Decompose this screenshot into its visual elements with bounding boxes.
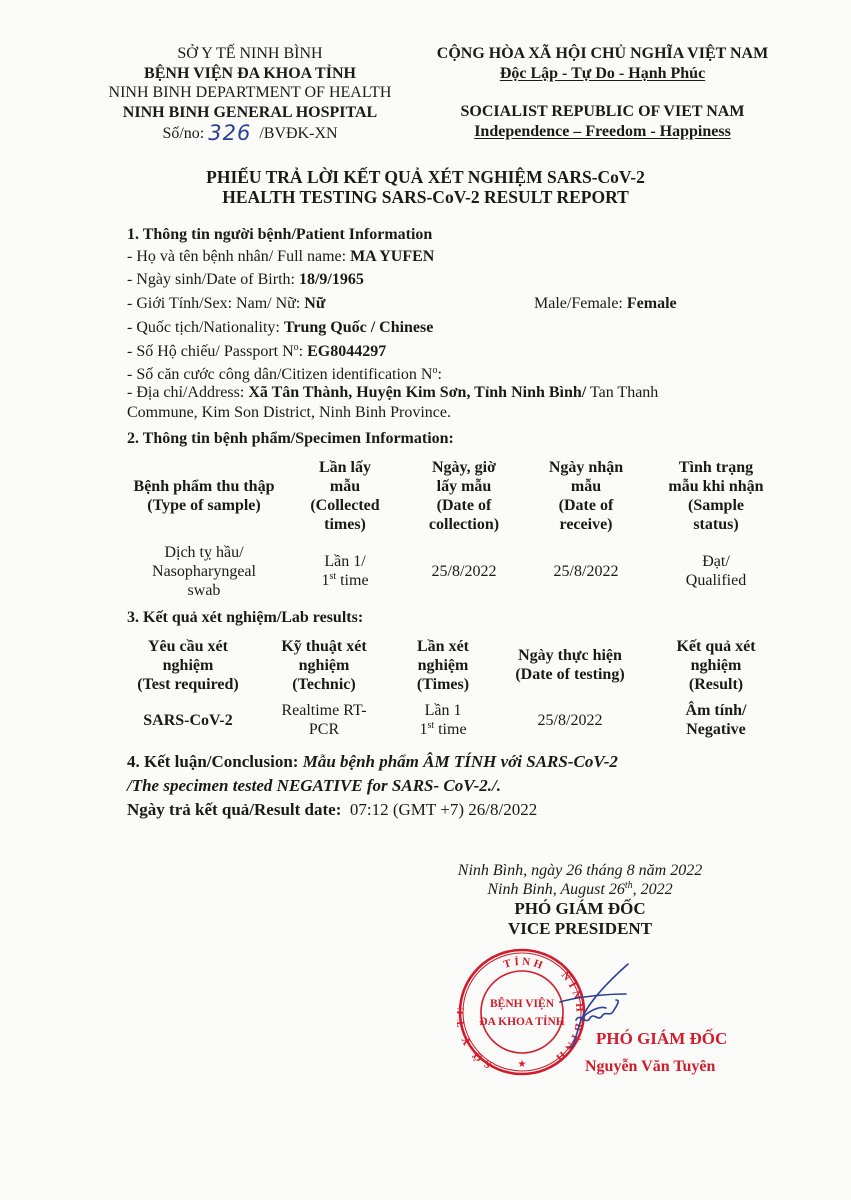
- section-specimen-title: 2. Thông tin bệnh phẩm/Specimen Informat…: [127, 430, 454, 448]
- signer-title-vn: PHÓ GIÁM ĐỐC: [430, 899, 730, 919]
- passport-colon: :: [299, 343, 307, 360]
- passport-value: EG8044297: [307, 343, 386, 360]
- citizen-colon: :: [437, 366, 441, 383]
- patient-nationality-row: - Quốc tịch/Nationality: Trung Quốc / Ch…: [127, 319, 433, 337]
- result-date-row: Ngày trả kết quả/Result date: 07:12 (GMT…: [127, 800, 537, 820]
- name-value: MA YUFEN: [350, 248, 434, 265]
- cell-test-date: 25/8/2022: [496, 698, 644, 742]
- svg-text:★: ★: [518, 1059, 527, 1070]
- lab-header-row: Yêu cầu xétnghiệm(Test required) Kỹ thuậ…: [118, 632, 788, 698]
- name-label: - Họ và tên bệnh nhân/ Full name:: [127, 248, 350, 265]
- cell-technic: Realtime RT-PCR: [258, 698, 390, 742]
- section-patient-title: 1. Thông tin người bệnh/Patient Informat…: [127, 226, 432, 244]
- address-label: - Địa chỉ/Address:: [127, 384, 248, 401]
- conclusion-row: 4. Kết luận/Conclusion: Mẫu bệnh phẩm ÂM…: [127, 752, 618, 772]
- cell-test: SARS-CoV-2: [118, 698, 258, 742]
- conclusion-text-en: /The specimen tested NEGATIVE for SARS- …: [127, 776, 501, 796]
- cell-result: Âm tính/Negative: [644, 698, 788, 742]
- issuer-header: SỞ Y TẾ NINH BÌNH BỆNH VIỆN ĐA KHOA TỈNH…: [90, 44, 410, 144]
- dob-value: 18/9/1965: [299, 271, 364, 288]
- nationality-value: Trung Quốc / Chinese: [284, 319, 434, 336]
- col-result: Kết quả xétnghiệm(Result): [644, 632, 788, 698]
- stamp-signer-title: PHÓ GIÁM ĐỐC: [596, 1029, 727, 1049]
- address-value-en-1: Tan Thanh: [586, 384, 658, 401]
- doc-no-suffix: /BVĐK-XN: [259, 125, 337, 142]
- specimen-table: Bệnh phẩm thu thập(Type of sample) Lần l…: [118, 452, 788, 602]
- conclusion-text-vn: Mẫu bệnh phẩm ÂM TÍNH với SARS-CoV-2: [303, 752, 618, 771]
- col-sample-status: Tình trạngmẫu khi nhận(Samplestatus): [644, 452, 788, 540]
- address-value-en-2: Commune, Kim Son District, Ninh Binh Pro…: [127, 403, 773, 423]
- col-technic: Kỹ thuật xétnghiệm(Technic): [258, 632, 390, 698]
- country-en: SOCIALIST REPUBLIC OF VIET NAM: [425, 102, 780, 122]
- dept-en: NINH BINH DEPARTMENT OF HEALTH: [90, 83, 410, 103]
- col-date-of-collection: Ngày, giờlấy mẫu(Date ofcollection): [400, 452, 528, 540]
- stamp-signer-name: Nguyễn Văn Tuyên: [585, 1058, 715, 1076]
- title-en: HEALTH TESTING SARS-CoV-2 RESULT REPORT: [0, 187, 851, 207]
- cell-receive-date: 25/8/2022: [528, 540, 644, 602]
- col-date-of-testing: Ngày thực hiện(Date of testing): [496, 632, 644, 698]
- section-lab-title: 3. Kết quả xét nghiệm/Lab results:: [127, 609, 363, 627]
- cell-sample-status: Đạt/Qualified: [644, 540, 788, 602]
- patient-sex-en-row: Male/Female: Female: [534, 295, 677, 313]
- col-type-of-sample: Bệnh phẩm thu thập(Type of sample): [118, 452, 290, 540]
- patient-name-row: - Họ và tên bệnh nhân/ Full name: MA YUF…: [127, 248, 434, 266]
- signer-title-en: VICE PRESIDENT: [430, 919, 730, 939]
- sex-en-label: Male/Female:: [534, 295, 627, 312]
- document-title: PHIẾU TRẢ LỜI KẾT QUẢ XÉT NGHIỆM SARS-Co…: [0, 167, 851, 207]
- cell-sample-type: Dịch tỵ hầu/Nasopharyngealswab: [118, 540, 290, 602]
- sex-value-vn: Nữ: [304, 295, 325, 312]
- sex-label: - Giới Tính/Sex: Nam/ Nữ:: [127, 295, 304, 312]
- address-value-vn: Xã Tân Thành, Huyện Kim Sơn, Tỉnh Ninh B…: [248, 384, 586, 401]
- col-times: Lần xétnghiệm(Times): [390, 632, 496, 698]
- motto-vn: Độc Lập - Tự Do - Hạnh Phúc: [500, 65, 705, 82]
- title-vn: PHIẾU TRẢ LỜI KẾT QUẢ XÉT NGHIỆM SARS-Co…: [0, 167, 851, 187]
- patient-sex-row: - Giới Tính/Sex: Nam/ Nữ: Nữ: [127, 295, 325, 313]
- place-date-vn: Ninh Bình, ngày 26 tháng 8 năm 2022: [430, 861, 730, 880]
- cell-collected-times: Lần 1/1st time: [290, 540, 400, 602]
- col-date-of-receive: Ngày nhậnmẫu(Date ofreceive): [528, 452, 644, 540]
- passport-label: - Số Hộ chiếu/ Passport N: [127, 343, 294, 360]
- result-date-label: Ngày trả kết quả/Result date:: [127, 800, 341, 819]
- lab-results-table: Yêu cầu xétnghiệm(Test required) Kỹ thuậ…: [118, 632, 788, 742]
- col-test-required: Yêu cầu xétnghiệm(Test required): [118, 632, 258, 698]
- specimen-header-row: Bệnh phẩm thu thập(Type of sample) Lần l…: [118, 452, 788, 540]
- result-date-value: 07:12 (GMT +7) 26/8/2022: [350, 800, 537, 819]
- motto-en: Independence – Freedom - Happiness: [474, 123, 731, 140]
- place-date-en: Ninh Binh, August 26th, 2022: [430, 880, 730, 899]
- national-header: CỘNG HÒA XÃ HỘI CHỦ NGHĨA VIỆT NAM Độc L…: [425, 44, 780, 142]
- patient-dob-row: - Ngày sinh/Date of Birth: 18/9/1965: [127, 271, 364, 289]
- doc-no-label: Số/no:: [162, 125, 204, 142]
- patient-passport-row: - Số Hộ chiếu/ Passport No: EG8044297: [127, 343, 386, 361]
- dob-label: - Ngày sinh/Date of Birth:: [127, 271, 299, 288]
- conclusion-label: 4. Kết luận/Conclusion:: [127, 752, 303, 771]
- cell-collection-date: 25/8/2022: [400, 540, 528, 602]
- signature-block: Ninh Bình, ngày 26 tháng 8 năm 2022 Ninh…: [430, 861, 730, 939]
- sex-value-en: Female: [627, 295, 677, 312]
- patient-citizen-id-row: - Số căn cước công dân/Citizen identific…: [127, 366, 442, 384]
- hospital-vn: BỆNH VIỆN ĐA KHOA TỈNH: [90, 64, 410, 84]
- doc-no-handwritten: 326: [208, 124, 251, 144]
- cell-times: Lần 11st time: [390, 698, 496, 742]
- table-row: Dịch tỵ hầu/Nasopharyngealswab Lần 1/1st…: [118, 540, 788, 602]
- citizen-label: - Số căn cước công dân/Citizen identific…: [127, 366, 432, 383]
- patient-address-row: - Địa chỉ/Address: Xã Tân Thành, Huyện K…: [127, 383, 773, 423]
- hospital-en: NINH BINH GENERAL HOSPITAL: [90, 103, 410, 123]
- table-row: SARS-CoV-2 Realtime RT-PCR Lần 11st time…: [118, 698, 788, 742]
- nationality-label: - Quốc tịch/Nationality:: [127, 319, 284, 336]
- country-vn: CỘNG HÒA XÃ HỘI CHỦ NGHĨA VIỆT NAM: [425, 44, 780, 64]
- document-number: Số/no:326/BVĐK-XN: [90, 122, 410, 144]
- col-collected-times: Lần lấymẫu(Collectedtimes): [290, 452, 400, 540]
- dept-vn: SỞ Y TẾ NINH BÌNH: [90, 44, 410, 64]
